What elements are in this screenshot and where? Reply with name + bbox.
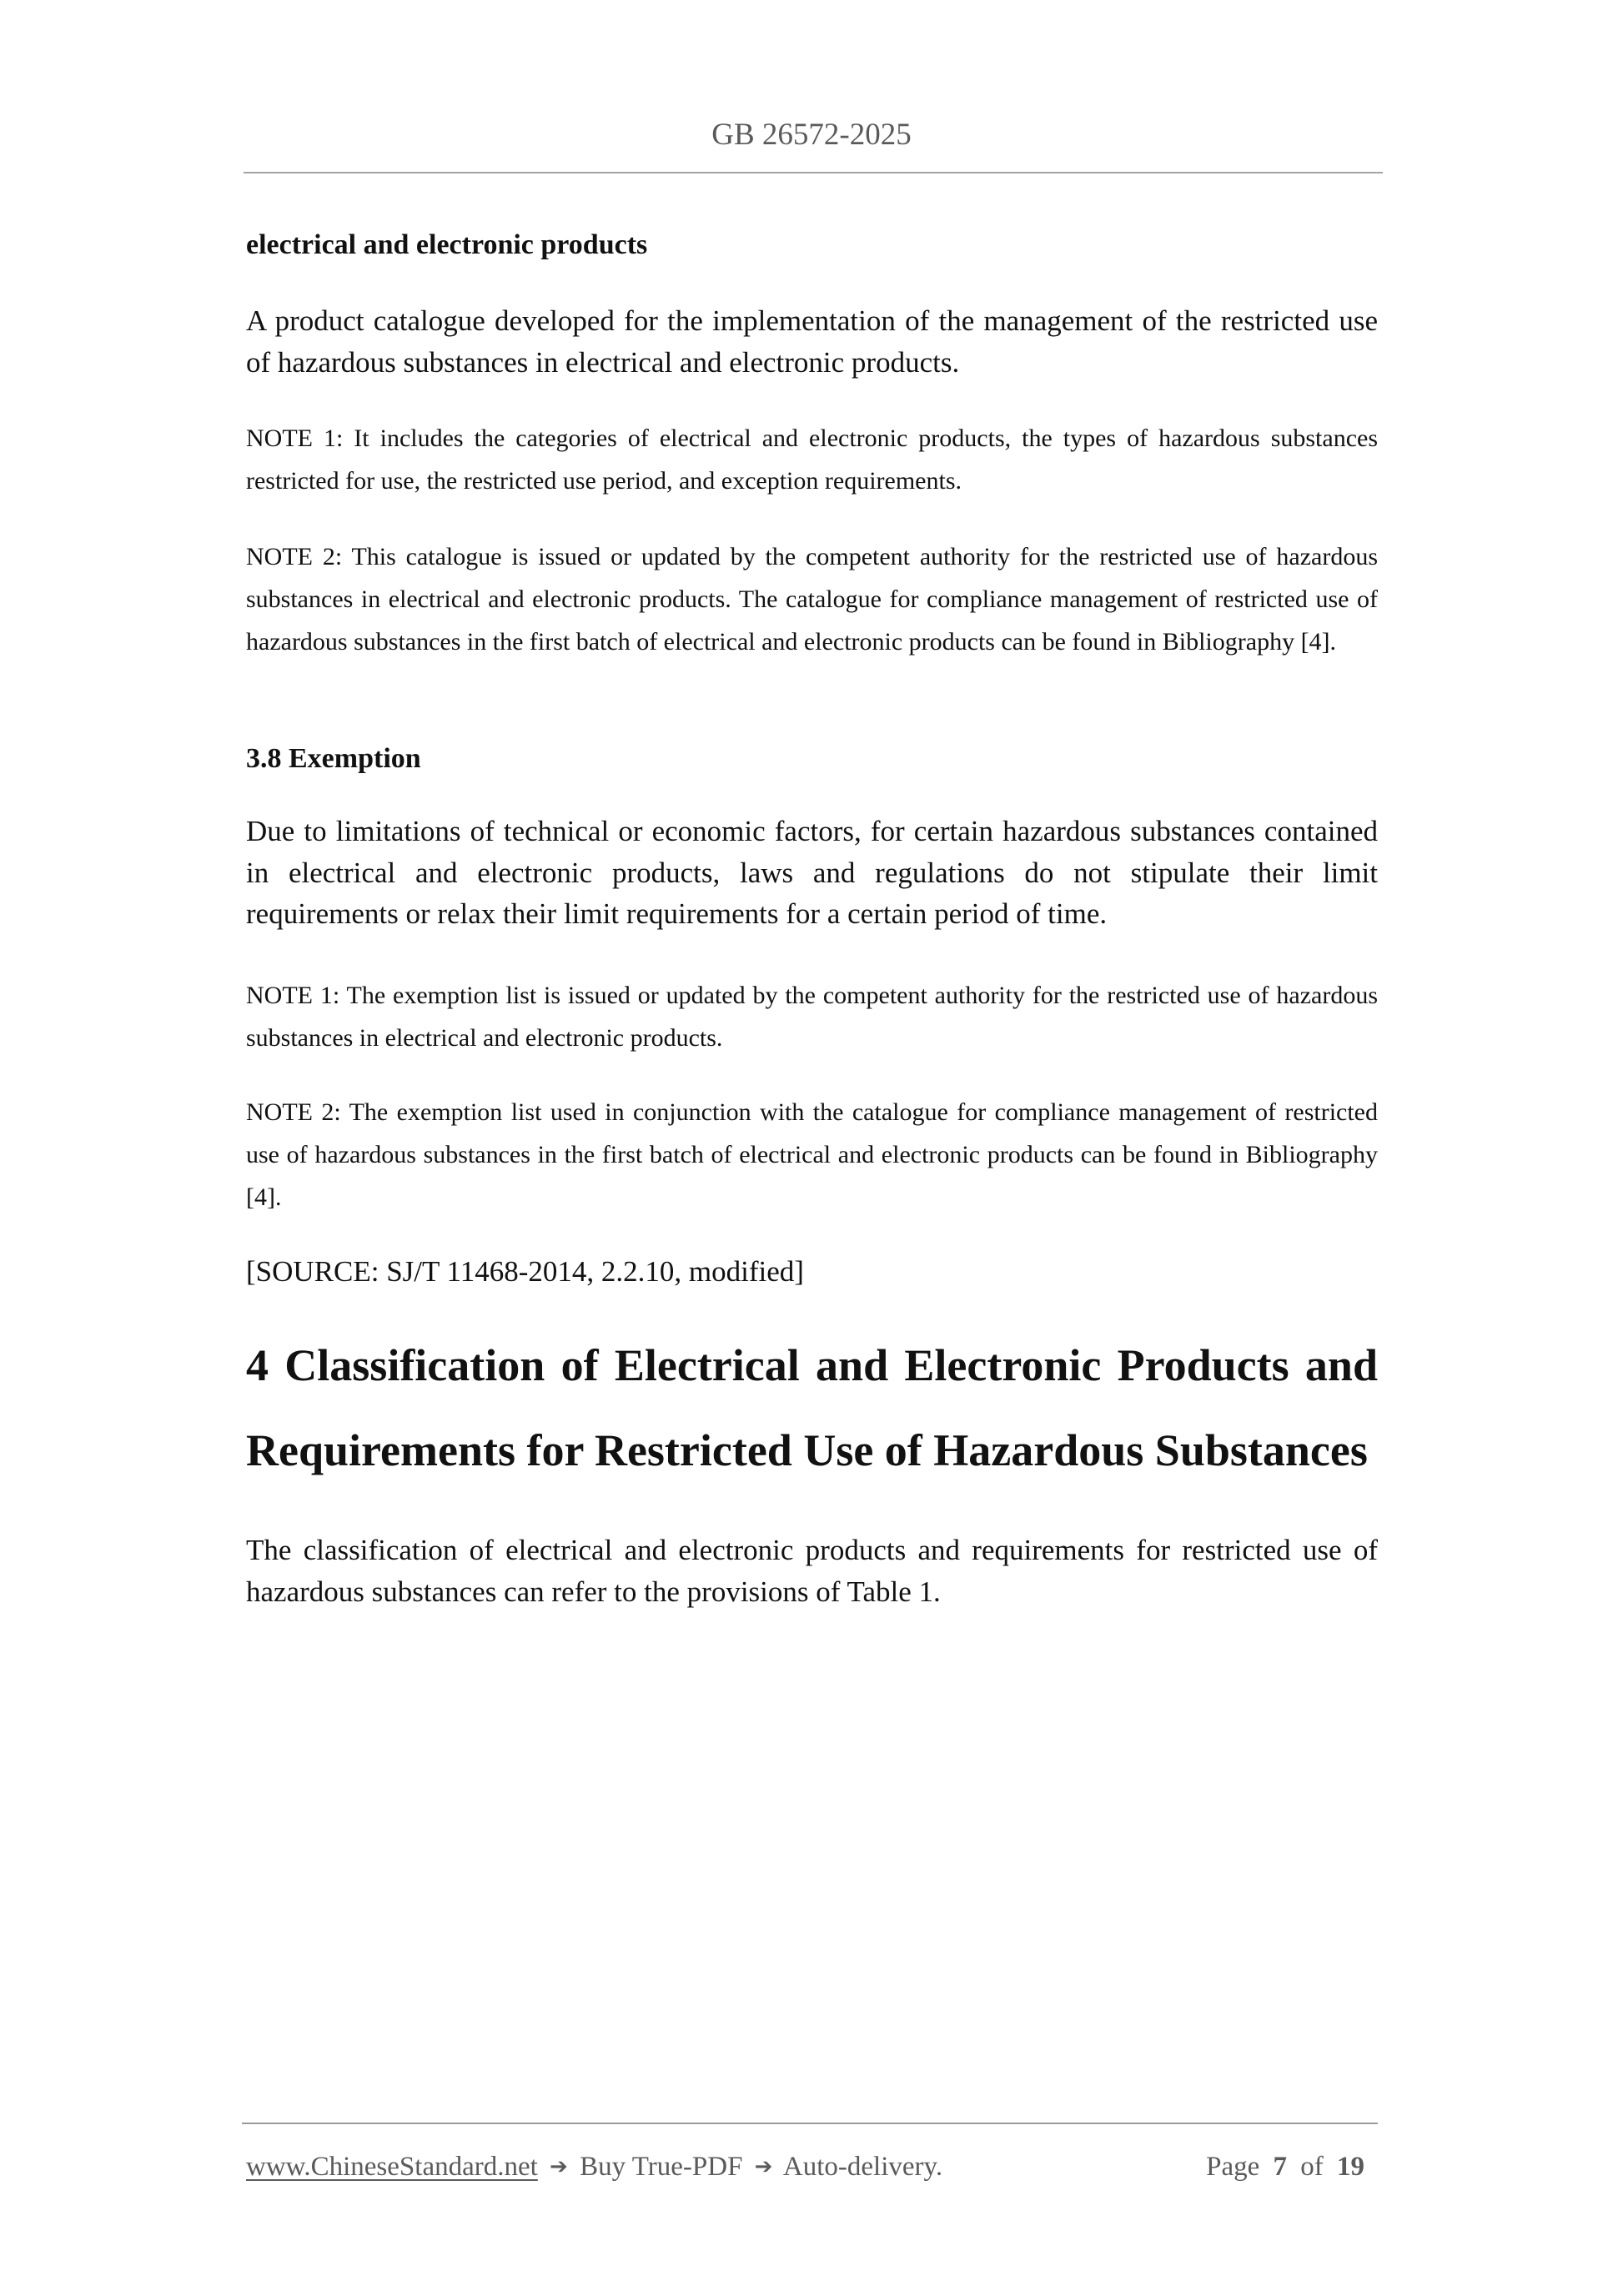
section-4-body: The classification of electrical and ele… <box>246 1530 1378 1612</box>
page-current: 7 <box>1274 2152 1288 2182</box>
term-note-1: NOTE 1: It includes the categories of el… <box>246 417 1378 502</box>
page-footer: www.ChineseStandard.net ➔ Buy True-PDF ➔… <box>246 2150 1368 2185</box>
section-3-8-source: [SOURCE: SJ/T 11468-2014, 2.2.10, modifi… <box>246 1251 1378 1293</box>
page-label: Page <box>1206 2152 1259 2182</box>
term-title: electrical and electronic products <box>246 229 1378 262</box>
running-header: GB 26572-2025 <box>0 117 1623 153</box>
footer-divider <box>242 2123 1378 2124</box>
term-note-2: NOTE 2: This catalogue is issued or upda… <box>246 535 1378 663</box>
section-3-8-note-2: NOTE 2: The exemption list used in conju… <box>246 1091 1378 1218</box>
term-definition: A product catalogue developed for the im… <box>246 300 1378 383</box>
right-arrow-icon: ➔ <box>550 2154 568 2179</box>
right-arrow-icon: ➔ <box>755 2154 773 2179</box>
auto-delivery-text: Auto-delivery. <box>783 2152 942 2182</box>
section-4-title: 4 Classification of Electrical and Elect… <box>246 1323 1378 1493</box>
page-indicator: Page 7 of 19 <box>1203 2150 1368 2185</box>
buy-pdf-text: Buy True-PDF <box>580 2152 742 2182</box>
section-3-8-title: 3.8 Exemption <box>246 742 1378 776</box>
footer-promo: www.ChineseStandard.net ➔ Buy True-PDF ➔… <box>246 2150 942 2185</box>
section-3-8-definition: Due to limitations of technical or econo… <box>246 811 1378 935</box>
page-total: 19 <box>1337 2152 1364 2182</box>
website-link[interactable]: www.ChineseStandard.net <box>246 2152 538 2182</box>
section-3-8-note-1: NOTE 1: The exemption list is issued or … <box>246 974 1378 1059</box>
header-divider <box>244 172 1383 173</box>
page-of-label: of <box>1300 2152 1324 2182</box>
